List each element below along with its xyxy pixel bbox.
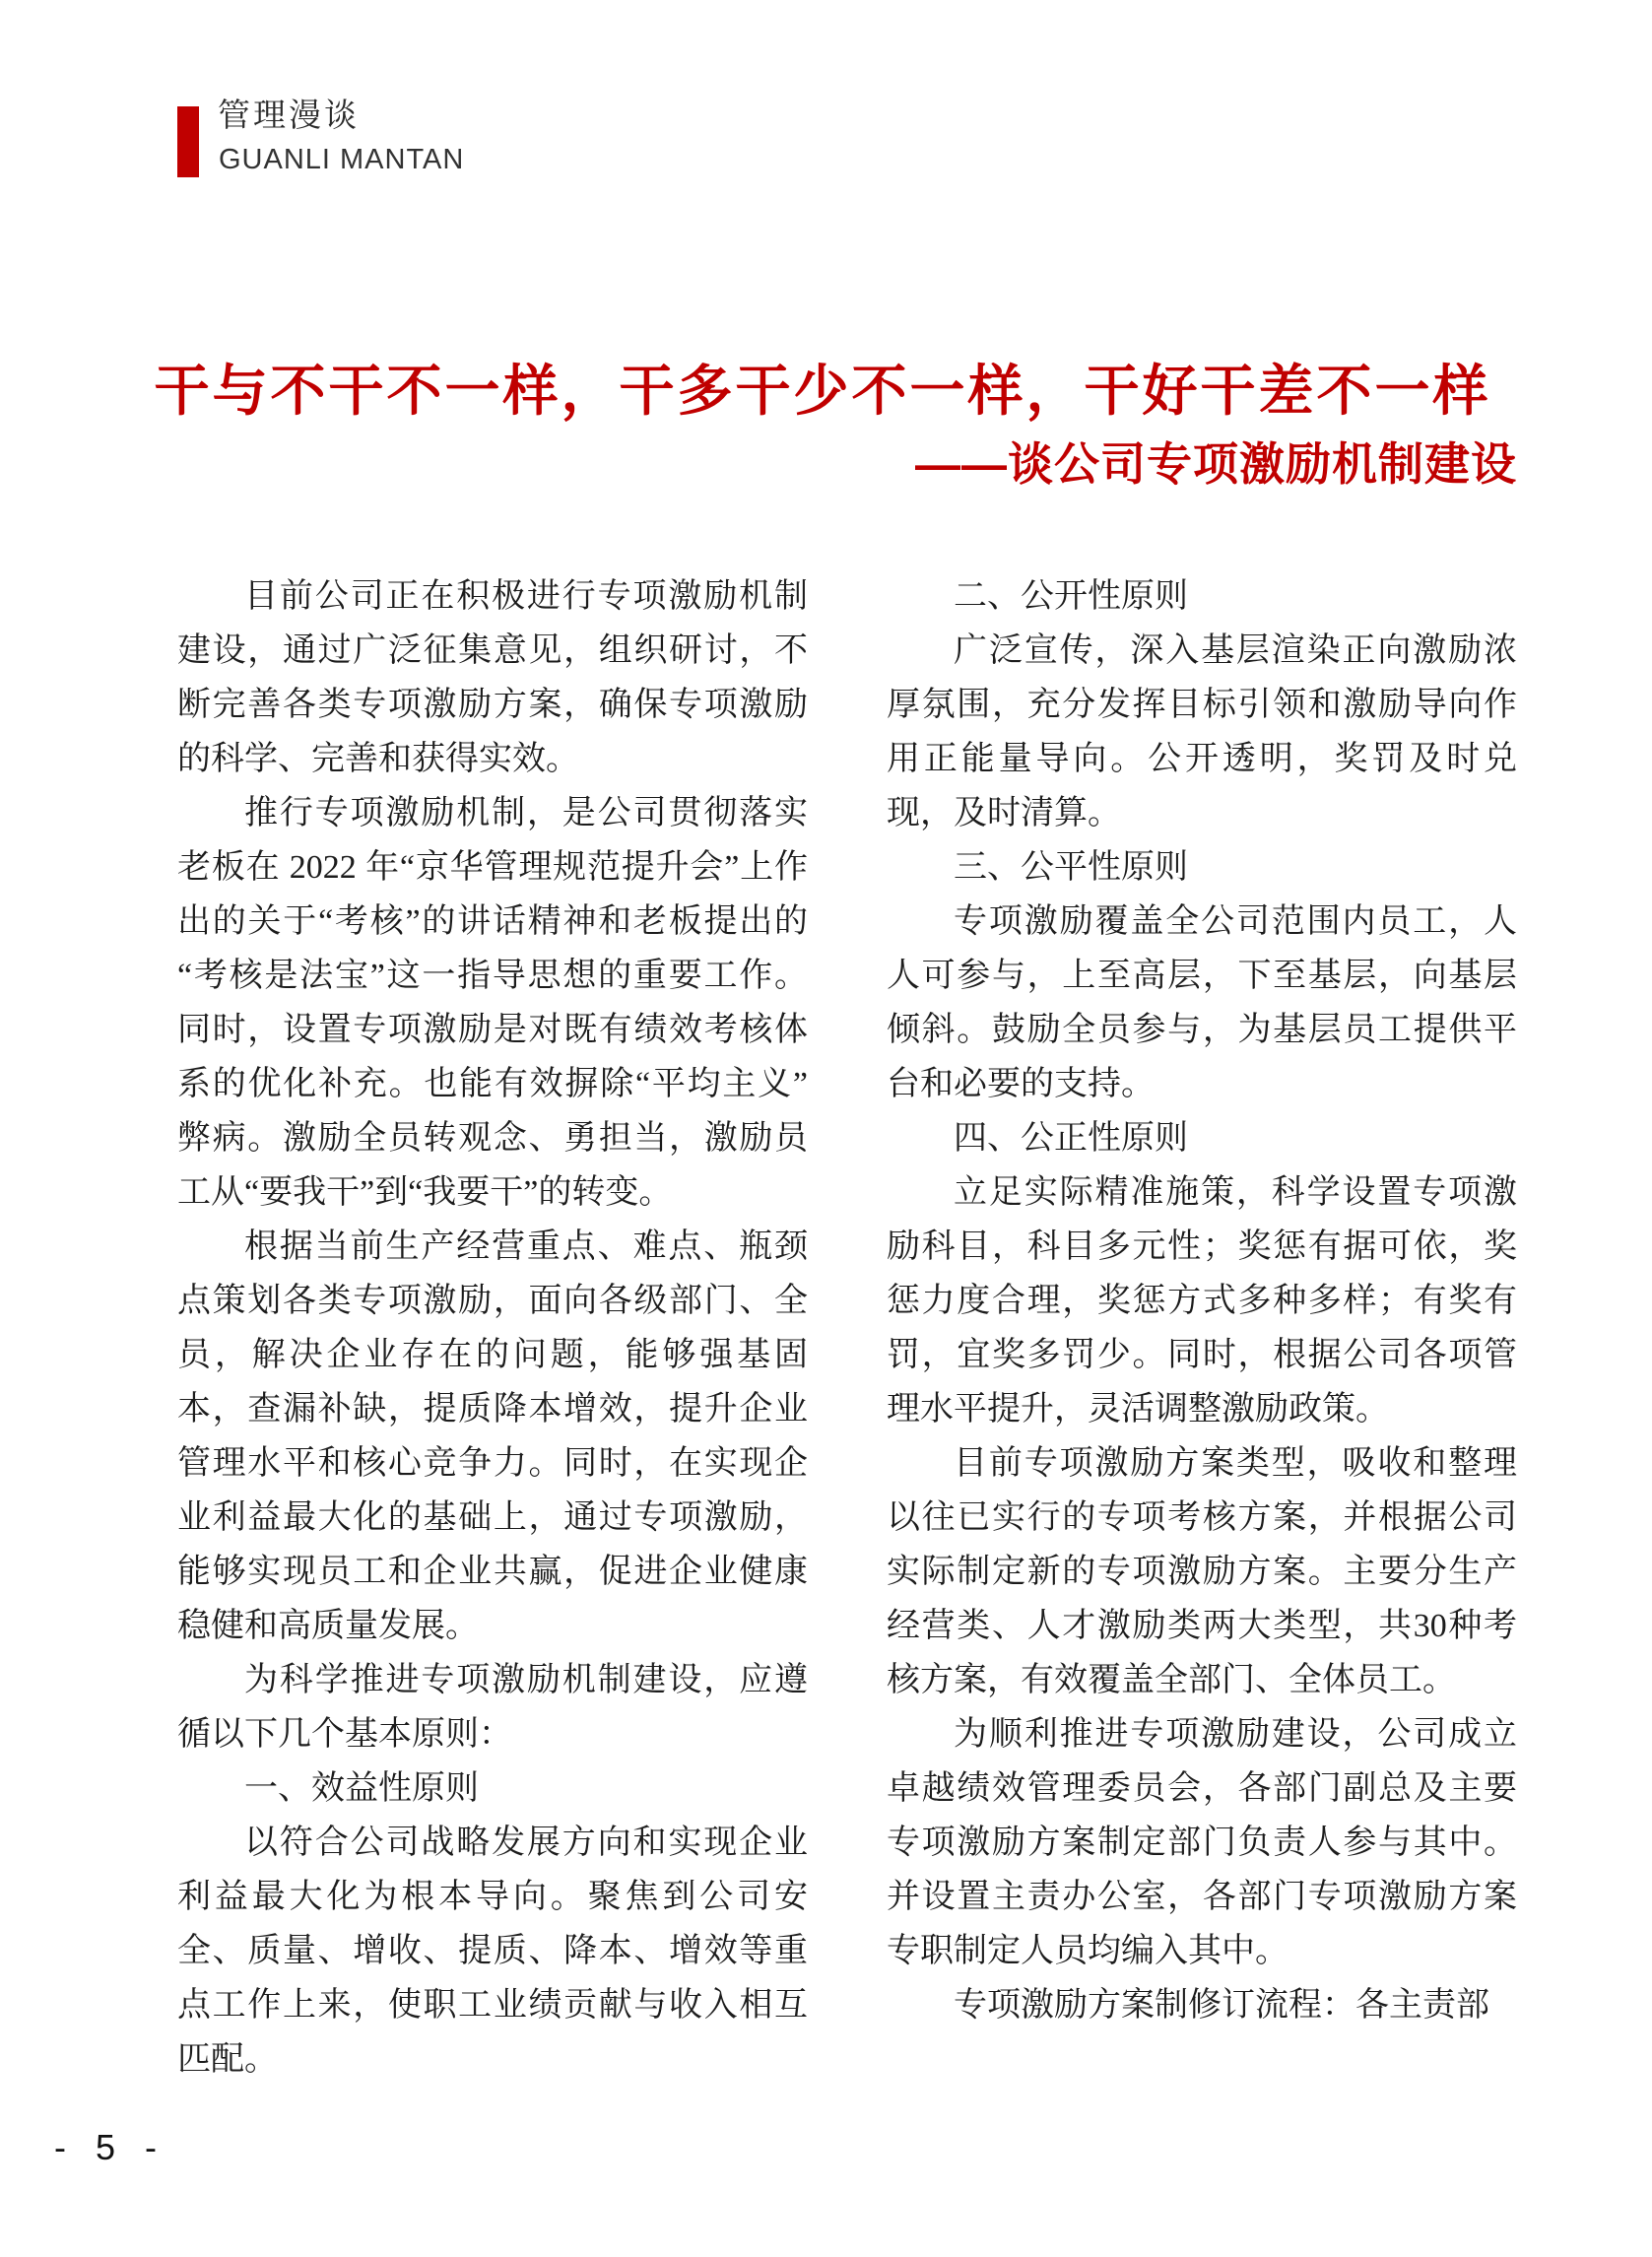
- section-heading: 二、公开性原则: [887, 569, 1517, 624]
- paragraph: 目前公司正在积极进行专项激励机制建设，通过广泛征集意见，组织研讨，不断完善各类专…: [177, 569, 808, 786]
- paragraph: 为科学推进专项激励机制建设，应遵循以下几个基本原则：: [177, 1653, 808, 1761]
- paragraph: 广泛宣传，深入基层渲染正向激励浓厚氛围，充分发挥目标引领和激励导向作用正能量导向…: [887, 624, 1517, 840]
- document-page: 管理漫谈 GUANLI MANTAN 干与不干不一样，干多干少不一样，干好干差不…: [0, 0, 1652, 2257]
- paragraph: 根据当前生产经营重点、难点、瓶颈点策划各类专项激励，面向各级部门、全员，解决企业…: [177, 1220, 808, 1653]
- section-heading: 四、公正性原则: [887, 1111, 1517, 1165]
- paragraph: 专项激励覆盖全公司范围内员工，人人可参与，上至高层，下至基层，向基层倾斜。鼓励全…: [887, 895, 1517, 1111]
- paragraph: 专项激励方案制修订流程：各主责部: [887, 1978, 1517, 2032]
- paragraph: 为顺利推进专项激励建设，公司成立卓越绩效管理委员会，各部门副总及主要专项激励方案…: [887, 1707, 1517, 1978]
- left-column: 目前公司正在积极进行专项激励机制建设，通过广泛征集意见，组织研讨，不断完善各类专…: [177, 569, 808, 2087]
- page-number: - 5 -: [54, 2126, 166, 2169]
- right-column: 二、公开性原则 广泛宣传，深入基层渲染正向激励浓厚氛围，充分发挥目标引领和激励导…: [887, 569, 1517, 2087]
- section-title-chinese: 管理漫谈: [218, 95, 360, 138]
- article-subtitle: ——谈公司专项激励机制建设: [915, 437, 1517, 491]
- paragraph: 推行专项激励机制，是公司贯彻落实老板在 2022 年“京华管理规范提升会”上作出…: [177, 786, 808, 1220]
- section-title-pinyin: GUANLI MANTAN: [219, 142, 464, 177]
- article-body: 目前公司正在积极进行专项激励机制建设，通过广泛征集意见，组织研讨，不断完善各类专…: [177, 569, 1517, 2087]
- paragraph: 立足实际精准施策，科学设置专项激励科目，科目多元性；奖惩有据可依，奖惩力度合理，…: [887, 1165, 1517, 1436]
- paragraph: 目前专项激励方案类型，吸收和整理以往已实行的专项考核方案，并根据公司实际制定新的…: [887, 1436, 1517, 1707]
- section-accent-bar: [177, 106, 199, 177]
- paragraph: 以符合公司战略发展方向和实现企业利益最大化为根本导向。聚焦到公司安全、质量、增收…: [177, 1816, 808, 2087]
- section-heading: 三、公平性原则: [887, 840, 1517, 895]
- section-heading: 一、效益性原则: [177, 1761, 808, 1816]
- article-title: 干与不干不一样，干多干少不一样，干好干差不一样: [20, 360, 1625, 423]
